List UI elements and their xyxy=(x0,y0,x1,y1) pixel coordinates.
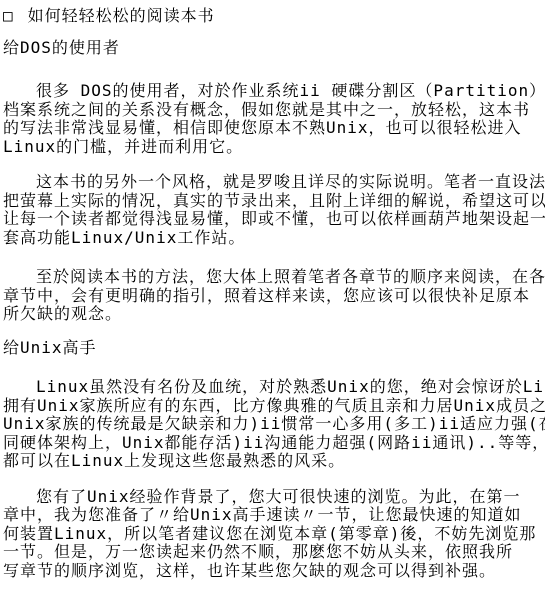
text-line: 章中，我为您准备了〃给Unix高手速读〃一节，让您最快速的知道如 xyxy=(3,506,545,525)
text-line: 章节中，会有更明确的指引，照着这样来读，您应该可以很快补足原本 xyxy=(3,287,545,306)
text-line: 写章节的顺序浏览，这样，也许某些您欠缺的观念可以得到补强。 xyxy=(3,562,545,581)
paragraph-dos-1: 很多 DOS的使用者，对於作业系统ii 硬碟分割区（Partition）与 档案… xyxy=(3,82,545,156)
text-line: Linux的门槛，并进而利用它。 xyxy=(3,138,545,157)
text-line: 档案系统之间的关系没有概念，假如您就是其中之一，放轻松，这本书 xyxy=(3,101,545,120)
text-line: 让每一个读者都觉得浅显易懂，即或不懂，也可以依样画葫芦地架设起一 xyxy=(3,210,545,229)
text-line: 很多 DOS的使用者，对於作业系统ii 硬碟分割区（Partition）与 xyxy=(3,82,545,101)
section-heading-dos: 给DOS的使用者 xyxy=(3,39,545,58)
document-page: □ 如何轻轻松松的阅读本书 给DOS的使用者 很多 DOS的使用者，对於作业系统… xyxy=(0,0,545,580)
text-line: 都可以在Linux上发现这些您最熟悉的风采。 xyxy=(3,452,545,471)
text-line: 您有了Unix经验作背景了，您大可很快速的浏览。为此，在第一 xyxy=(3,488,545,507)
text-line: 这本书的另外一个风格，就是罗唆且详尽的实际说明。笔者一直设法 xyxy=(3,173,545,192)
text-line: 的写法非常浅显易懂，相信即使您原本不熟Unix，也可以很轻松进入 xyxy=(3,119,545,138)
text-line: 何装置Linux，所以笔者建议您在浏览本章(第零章)後，不妨先浏览那 xyxy=(3,525,545,544)
paragraph-unix-1: Linux虽然没有名份及血统，对於熟悉Unix的您，绝对会惊讶於Linux 拥有… xyxy=(3,378,545,471)
paragraph-dos-3: 至於阅读本书的方法，您大体上照着笔者各章节的顺序来阅读，在各 章节中，会有更明确… xyxy=(3,268,545,324)
page-title-text: 如何轻轻松松的阅读本书 xyxy=(28,7,215,26)
paragraph-unix-2: 您有了Unix经验作背景了，您大可很快速的浏览。为此，在第一 章中，我为您准备了… xyxy=(3,488,545,581)
text-line: 一节。但是，万一您读起来仍然不顺，那麽您不妨从头来，依照我所 xyxy=(3,543,545,562)
text-line: 套高功能Linux/Unix工作站。 xyxy=(3,229,545,248)
text-line: Unix家族的传统最是欠缺亲和力)ii惯常一心多用(多工)ii适应力强(在不 xyxy=(3,415,545,434)
section-heading-unix: 给Unix高手 xyxy=(3,339,545,358)
text-line: 所欠缺的观念。 xyxy=(3,305,545,324)
paragraph-dos-2: 这本书的另外一个风格，就是罗唆且详尽的实际说明。笔者一直设法 把萤幕上实际的情况… xyxy=(3,173,545,247)
text-line: 把萤幕上实际的情况，真实的节录出来，且附上详细的解说，希望这可以 xyxy=(3,192,545,211)
page-title: □ 如何轻轻松松的阅读本书 xyxy=(3,7,545,26)
square-bullet-icon: □ xyxy=(3,7,14,26)
text-line: 拥有Unix家族所应有的东西，比方像典雅的气质且亲和力居Unix成员之冠( xyxy=(3,397,545,416)
text-line: Linux虽然没有名份及血统，对於熟悉Unix的您，绝对会惊讶於Linux xyxy=(3,378,545,397)
text-line: 至於阅读本书的方法，您大体上照着笔者各章节的顺序来阅读，在各 xyxy=(3,268,545,287)
text-line: 同硬体架构上，Unix都能存活)ii沟通能力超强(网路ii通讯)..等等，您 xyxy=(3,434,545,453)
